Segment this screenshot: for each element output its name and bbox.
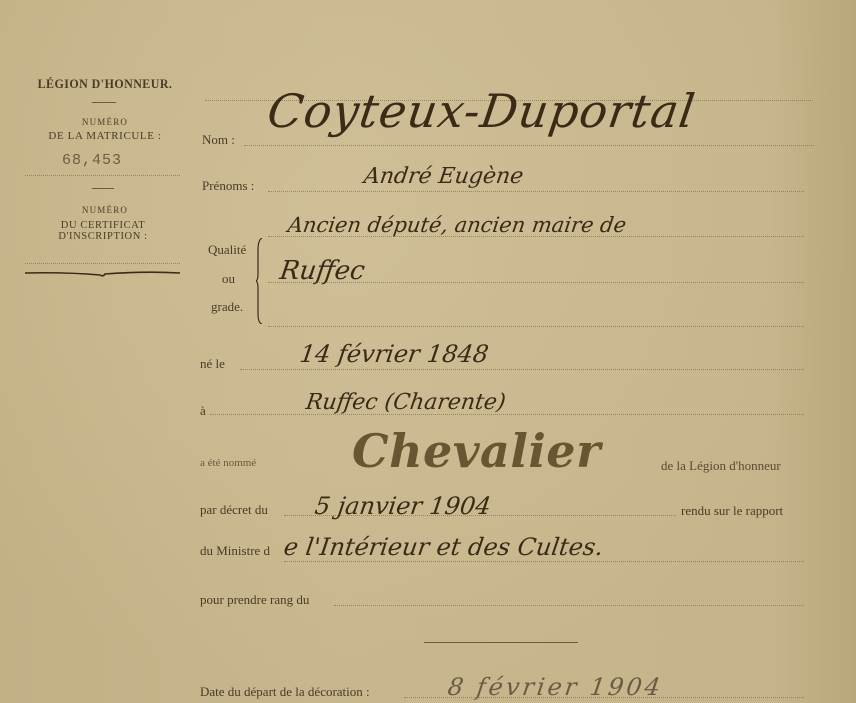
document-page: LÉGION D'HONNEUR. NUMÉRO DE LA MATRICULE…	[0, 0, 856, 703]
ministre-value: e l'Intérieur et des Cultes.	[282, 533, 605, 561]
a-line	[210, 414, 804, 415]
ne-le-value: 14 février 1848	[298, 340, 490, 368]
a-value: Ruffec (Charente)	[304, 390, 507, 415]
nom-label: Nom :	[202, 132, 235, 148]
qualite-value-line-1: Ancien député, ancien maire de	[286, 213, 628, 237]
legion-honneur-title: LÉGION D'HONNEUR.	[36, 76, 174, 92]
depart-label: Date du départ de la décoration :	[200, 684, 370, 700]
chevalier-grade: Chevalier	[352, 424, 601, 478]
rapport-suffix: rendu sur le rapport	[681, 503, 783, 519]
nomme-label: a été nommé	[200, 457, 256, 469]
divider	[92, 188, 114, 189]
nom-line	[244, 145, 814, 146]
matricule-line	[25, 175, 180, 176]
certificat-label-top: NUMÉRO	[30, 205, 180, 215]
ou-label: ou	[222, 271, 235, 287]
a-label: à	[200, 403, 206, 419]
ministre-label: du Ministre d	[200, 543, 270, 559]
qualite-value-line-2: Ruffec	[278, 256, 367, 286]
matricule-label: DE LA MATRICULE :	[30, 130, 180, 142]
rang-label: pour prendre rang du	[200, 592, 309, 608]
ornamental-rule	[25, 271, 180, 277]
qualite-label: Qualité	[208, 242, 246, 258]
prenoms-value: André Eugène	[362, 164, 525, 189]
divider	[92, 102, 116, 103]
decret-label: par décret du	[200, 502, 268, 518]
prenoms-label: Prénoms :	[202, 178, 254, 194]
grade-label: grade.	[211, 299, 243, 315]
certificat-line	[25, 263, 180, 264]
legion-honneur-suffix: de la Légion d'honneur	[661, 458, 781, 474]
rang-line	[334, 605, 804, 606]
prenoms-line	[268, 191, 804, 192]
decret-value: 5 janvier 1904	[313, 492, 493, 520]
ne-le-label: né le	[200, 356, 225, 372]
qualite-line-3	[268, 326, 804, 327]
separator-rule	[424, 642, 578, 643]
brace	[256, 238, 264, 324]
matricule-number: 68,453	[62, 152, 122, 169]
depart-value: 8 février 1904	[446, 673, 665, 701]
ministre-line	[284, 561, 804, 562]
certificat-label: DU CERTIFICAT D'INSCRIPTION :	[18, 220, 188, 242]
ne-le-line	[240, 369, 804, 370]
nom-value: Coyteux-Duportal	[264, 84, 699, 138]
matricule-label-top: NUMÉRO	[30, 117, 180, 127]
